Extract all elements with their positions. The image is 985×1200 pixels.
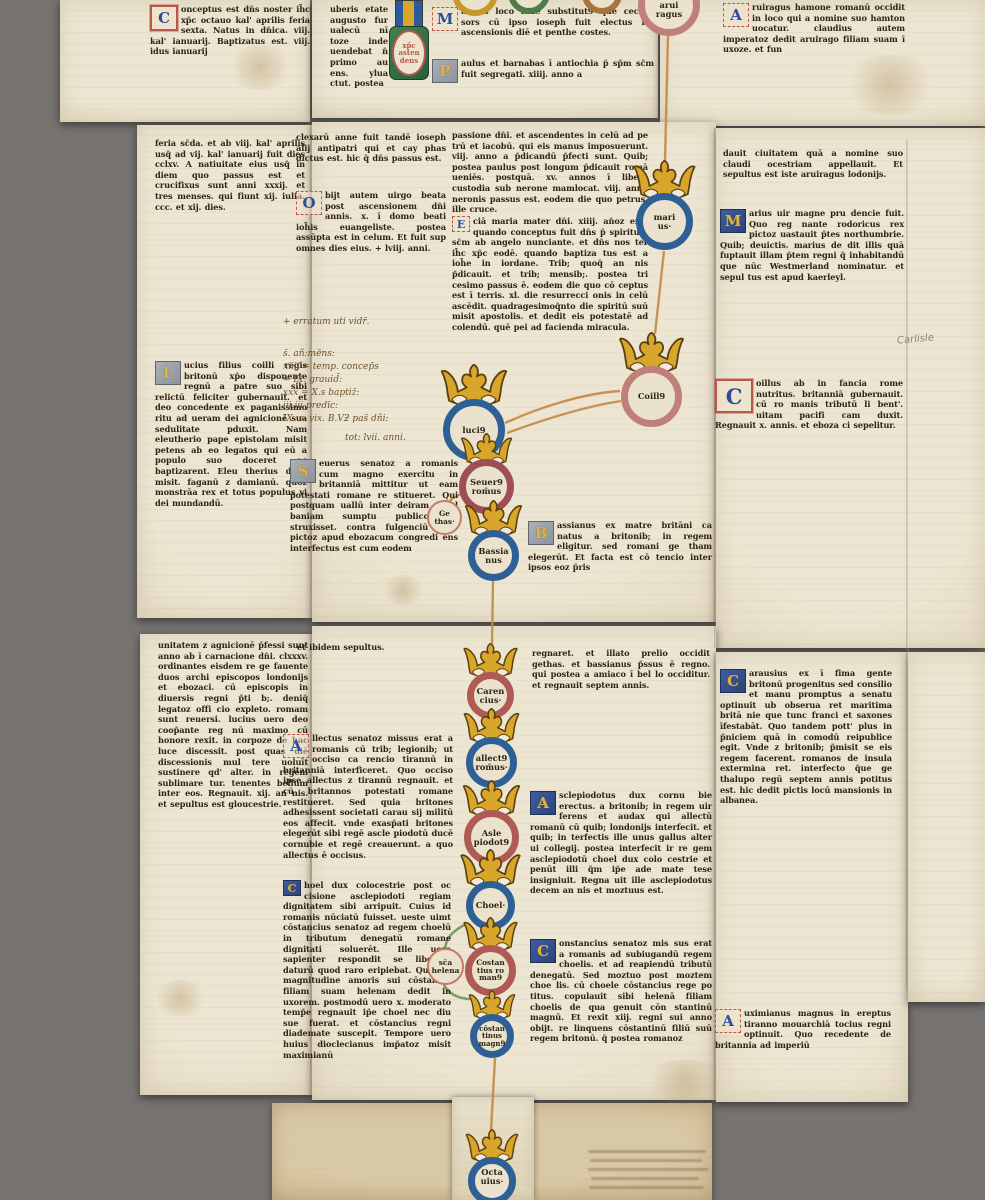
illuminated-initial: M [720, 209, 746, 233]
roundel-label: nus [485, 556, 502, 565]
illuminated-initial: A [530, 791, 556, 815]
text-block-allectus: A llectus senatoz missus erat a romanis … [283, 733, 453, 860]
illuminated-initial: S [290, 459, 316, 483]
text-block-feria: feria sc̄da. et ab viij. kal' aprilis us… [155, 138, 305, 212]
text-body: passione dn̄i. et ascendentes in celū ad… [452, 130, 648, 214]
chronology-line: xxx = X.s baptiz̄: [283, 387, 453, 400]
illuminated-initial: A [283, 734, 309, 758]
text-body: arius uir magne pru dencie fuit. Quo reg… [720, 208, 904, 282]
show-through-text [590, 1159, 702, 1162]
roundel-arviragus: arui ragus [638, 0, 700, 36]
text-block-paulus: P aulus et barnabas ī antiochia p̄ sp̄m … [432, 58, 654, 83]
roundel-label: us· [658, 222, 672, 231]
roundel-helena: sc̄a helena [427, 948, 464, 985]
show-through-text [591, 1177, 699, 1180]
text-body: clexarū anne fuit tandē ioseph alij anti… [296, 132, 446, 163]
text-block-passion: passione dn̄i. et ascendentes in celū ad… [452, 130, 648, 215]
text-block-marius: M arius uir magne pru dencie fuit. Quo r… [720, 208, 904, 282]
manuscript-photo: C onceptus est dn̄s noster ih̄c xp̄c oct… [0, 0, 985, 1200]
text-block-bassianus: B assianus ex matre britāni ca natus a b… [528, 520, 712, 573]
erratum-note: + erratum uti vidr̄. [283, 316, 443, 329]
text-body: feria sc̄da. et ab viij. kal' aprilis us… [155, 138, 305, 212]
chronology-line: s̄. añ:mēns: [283, 348, 453, 361]
show-through-text [588, 1150, 706, 1153]
roundel-label: uius· [481, 1177, 504, 1186]
illuminated-initial: L [155, 361, 181, 385]
chronology-line: xiiij = temp. concep̄s [283, 361, 453, 374]
text-body: ciā maria mater dn̄i. xiiij. an̄oz erat … [452, 216, 648, 332]
text-block-regnaret: regnaret. et illato prelio occidit getha… [532, 648, 710, 690]
roundel-label: man9 [479, 974, 502, 982]
roundel-bassianus: Bassia nus [468, 530, 519, 581]
text-body: sclepiodotus dux cornu bie erectus. a br… [530, 790, 712, 895]
roundel-label: rom̄us· [475, 763, 507, 772]
illuminated-initial: O [296, 191, 322, 215]
illuminated-initial: C [715, 379, 753, 413]
text-caption-sepultus: et ibidem sepultus. [297, 642, 409, 653]
text-body: assianus ex matre britāni ca natus a bri… [528, 520, 712, 572]
membrane-low-right-edge [908, 652, 985, 1002]
text-block-conceptus: C onceptus est dn̄s noster ih̄c xp̄c oct… [150, 4, 310, 57]
roundel-label: piodot9 [474, 838, 509, 847]
illuminated-initial: B [528, 521, 554, 545]
text-body: ruiragus hamone romanū occidit in loco q… [723, 2, 905, 54]
chronology-line: iii.iii predīc: [283, 400, 453, 413]
text-block-constantius: C onstancius senatoz mis sus erat a roma… [530, 938, 712, 1044]
text-body: hoel dux colocestrie post oc cisione asc… [283, 880, 451, 1060]
chronology-line: IX. = vix. B.Vƻ pas̄ dñi: [283, 413, 453, 426]
medallion-label: xp̄c asten dens [392, 30, 426, 76]
text-block-maximianus: A uximianus magnus in ereptus tiranno mo… [715, 1008, 891, 1050]
roundel-partial-green [508, 0, 550, 14]
illuminated-initial: E [452, 216, 470, 232]
roundel-constantius: Costan tius ro man9 [465, 945, 516, 996]
roundel-partial-tan [582, 0, 622, 14]
text-body: regnaret. et illato prelio occidit getha… [532, 648, 710, 690]
illuminated-initial: C [720, 669, 746, 693]
roundel-label: Choel· [476, 901, 506, 910]
text-block-carausius: C arausius ex ī fima gente britonū proge… [720, 668, 892, 806]
illuminated-initial: C [150, 5, 178, 31]
text-block-maria: E ciā maria mater dn̄i. xiiij. an̄oz era… [452, 216, 648, 333]
roundel-constantinus: cōstan tinus magn9 [470, 1014, 514, 1058]
chronology-note: s̄. añ:mēns: xiiij = temp. concep̄s = IX… [283, 348, 453, 445]
roundel-gethas: Ge thas· [427, 500, 462, 535]
illuminated-initial: A [715, 1009, 741, 1033]
illuminated-initial: C [530, 939, 556, 963]
text-block-anna: clexarū anne fuit tandē ioseph alij anti… [296, 132, 446, 164]
text-block-fragment: uberis etate augusto fur ualecū nī toze … [330, 4, 388, 96]
roundel-label: thas· [434, 518, 454, 526]
show-through-text [589, 1186, 704, 1189]
illuminated-initial: P [432, 59, 458, 83]
chronology-total: tot: lvii. anni. [283, 432, 453, 445]
text-body: uximianus magnus in ereptus tiranno moua… [715, 1008, 891, 1050]
illuminated-initial: C [283, 880, 301, 896]
roundel-octavius: Octa uius· [468, 1157, 516, 1200]
roundel-label: Coill9 [638, 392, 665, 401]
text-body: onstancius senatoz mis sus erat a romani… [530, 938, 712, 1043]
text-block-asclepiodotus: A sclepiodotus dux cornu bie erectus. a … [530, 790, 712, 896]
roundel-coillus: Coill9 [621, 366, 682, 427]
roundel-label: ragus [656, 10, 682, 19]
text-block-choel: C hoel dux colocestrie post oc cisione a… [283, 880, 451, 1060]
roundel-label: helena [432, 967, 460, 975]
text-body: dauit ciuitatem quā a nomine suo claudi … [723, 148, 903, 179]
medallion-line: dens [400, 57, 418, 65]
roundel-partial-gold [452, 0, 498, 16]
text-block-arviragus: A ruiragus hamone romanū occidit in loco… [723, 2, 905, 55]
christ-ascending-medallion: xp̄c asten dens [389, 26, 429, 80]
text-body: et ibidem sepultus. [297, 642, 384, 652]
roundel-label: magn9 [479, 1040, 506, 1047]
text-body: aulus et barnabas ī antiochia p̄ sp̄m sc… [461, 58, 654, 79]
illuminated-initial: A [723, 3, 749, 27]
text-block-claudiocestria: dauit ciuitatem quā a nomine suo claudi … [723, 148, 903, 180]
roundel-label: cius· [480, 696, 502, 705]
text-block-obiit: O bijt autem uirgo beata post ascensione… [296, 190, 446, 254]
roundel-label: rom̄us [472, 487, 501, 496]
chronology-line: = IX. grauid̄: [283, 374, 453, 387]
text-body: uberis etate augusto fur ualecū nī toze … [330, 4, 388, 88]
roundel-marius: mari us· [636, 193, 693, 250]
show-through-text [588, 1168, 708, 1171]
text-block-coillus: C oillus ab in fancia rome nutritus. bri… [715, 378, 903, 431]
